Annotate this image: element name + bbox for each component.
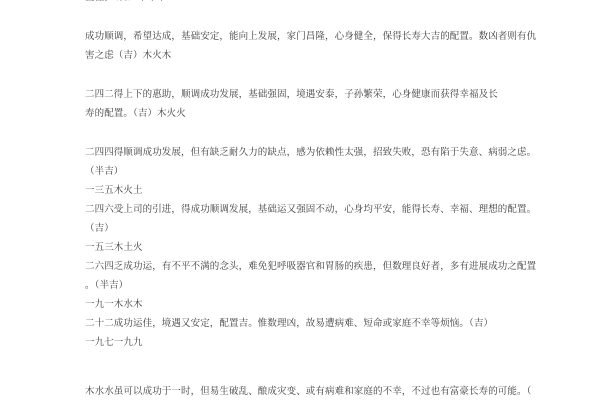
text-line: 二六四乏成功运，有不平不满的念头，难免犯呼吸器官和胃肠的疾患，但数理良好者，多有… bbox=[85, 257, 520, 276]
text-line: 木水水虽可以成功于一时，但易生破乱、酿成灾变、或有病难和家庭的不幸，不过也有富豪… bbox=[85, 382, 520, 400]
text-line: 二四二得上下的惠助，顺调成功发展，基础强固，境遇安泰，子孙繁荣，心身健康而获得幸… bbox=[85, 85, 520, 104]
text-line: 二四六受上司的引进，得成功顺调发展，基础运又强固不动，心身均平安，能得长寿、幸福… bbox=[85, 200, 520, 219]
text-line: （吉） bbox=[85, 219, 520, 238]
document-page: 置佳。（吉）木木木 成功顺调，希望达成，基础安定，能向上发展，家门昌隆，心身健全… bbox=[0, 0, 600, 400]
text-line: （半吉） bbox=[85, 162, 520, 181]
text-content: 置佳。（吉）木木木 成功顺调，希望达成，基础安定，能向上发展，家门昌隆，心身健全… bbox=[0, 0, 600, 400]
text-line: 一九一木水木 bbox=[85, 295, 520, 314]
text-line: 一九七一九九 bbox=[85, 333, 520, 352]
text-line: 成功顺调，希望达成，基础安定，能向上发展，家门昌隆，心身健全，保得长寿大吉的配置… bbox=[85, 27, 520, 46]
text-line: 一五三木土火 bbox=[85, 238, 520, 257]
text-line: 二四四得顺调成功发展，但有缺乏耐久力的缺点，感为依赖性太强，招致失败，恐有陷于失… bbox=[85, 143, 520, 162]
text-line: 一三五木火土 bbox=[85, 181, 520, 200]
paragraph-block: 二四四得顺调成功发展，但有缺乏耐久力的缺点，感为依赖性太强，招致失败，恐有陷于失… bbox=[85, 143, 520, 352]
text-line: 寿的配置。（吉）木火火 bbox=[85, 104, 520, 123]
paragraph-block: 木水水虽可以成功于一时，但易生破乱、酿成灾变、或有病难和家庭的不幸，不过也有富豪… bbox=[85, 382, 520, 400]
text-line: 二十二成功运佳，境遇又安定，配置吉。惟数理凶，故易遭病难、短命或家庭不幸等烦恼。… bbox=[85, 314, 520, 333]
text-line: 。（半吉） bbox=[85, 276, 520, 295]
paragraph-block: 置佳。（吉）木木木 bbox=[85, 0, 520, 7]
text-line: 置佳。（吉）木木木 bbox=[85, 0, 520, 7]
paragraph-block: 成功顺调，希望达成，基础安定，能向上发展，家门昌隆，心身健全，保得长寿大吉的配置… bbox=[85, 27, 520, 65]
text-line: 害之虑（吉）木火木 bbox=[85, 46, 520, 65]
paragraph-block: 二四二得上下的惠助，顺调成功发展，基础强固，境遇安泰，子孙繁荣，心身健康而获得幸… bbox=[85, 85, 520, 123]
